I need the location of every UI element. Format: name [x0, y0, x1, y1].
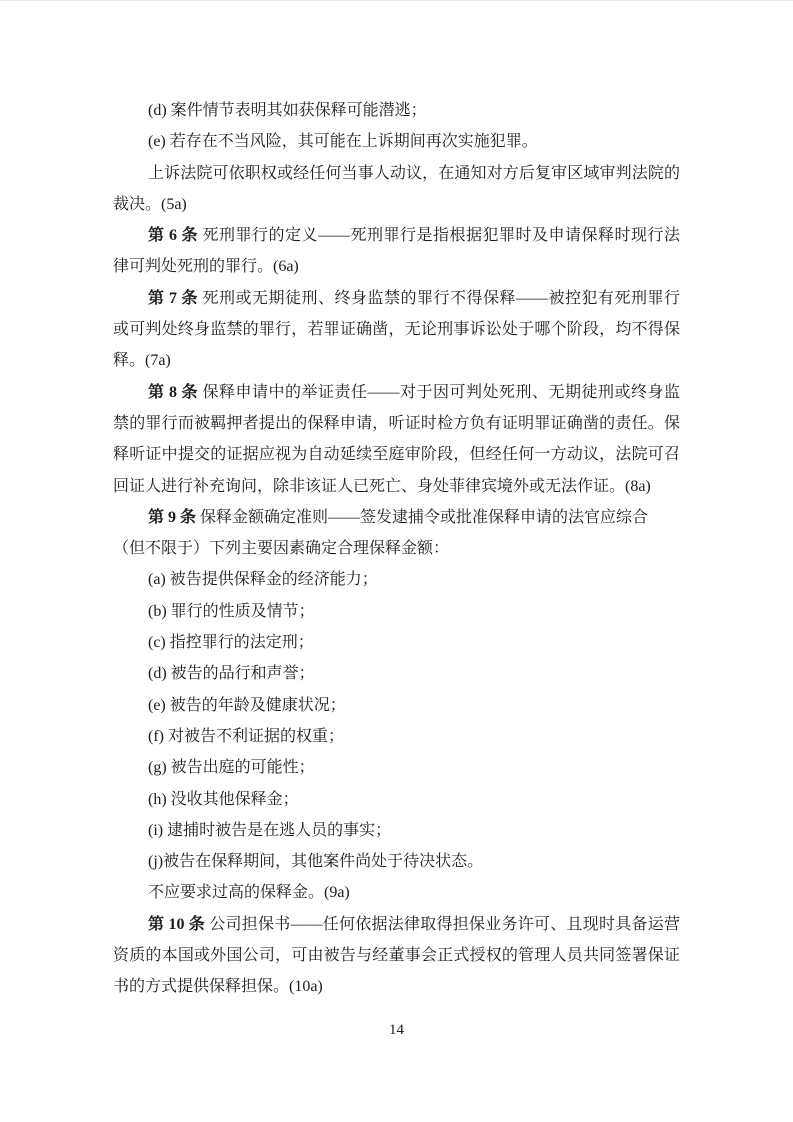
text-line: (a) 被告提供保释金的经济能力；: [113, 564, 680, 595]
text-run: （但不限于）下列主要因素确定合理保释金额：: [113, 540, 449, 557]
text-line: (g) 被告出庭的可能性；: [113, 752, 680, 783]
text-line: （但不限于）下列主要因素确定合理保释金额：: [113, 533, 680, 564]
text-line: (e) 若存在不当风险，其可能在上诉期间再次实施犯罪。: [113, 126, 680, 157]
text-line: (f) 对被告不利证据的权重；: [113, 721, 680, 752]
text-run: 资质的本国或外国公司，可由被告与经董事会正式授权的管理人员共同签署保证: [113, 947, 680, 964]
text-run: (d) 案件情节表明其如获保释可能潜逃；: [148, 102, 427, 119]
text-line: (i) 逮捕时被告是在逃人员的事实；: [113, 815, 680, 846]
text-line: 释听证中提交的证据应视为自动延续至庭审阶段，但经任何一方动议，法院可召: [113, 439, 680, 470]
text-run: 或可判处终身监禁的罪行，若罪证确凿，无论刑事诉讼处于哪个阶段，均不得保: [113, 321, 680, 338]
text-run: 释听证中提交的证据应视为自动延续至庭审阶段，但经任何一方动议，法院可召: [113, 446, 680, 463]
text-run: 回证人进行补充询问，除非该证人已死亡、身处菲律宾境外或无法作证。(8a): [113, 478, 651, 495]
text-line: 律可判处死刑的罪行。(6a): [113, 251, 680, 282]
text-line: 第 7 条 死刑或无期徒刑、终身监禁的罪行不得保释——被控犯有死刑罪行: [113, 283, 680, 314]
text-run: (h) 没收其他保释金；: [148, 791, 299, 808]
text-line: (e) 被告的年龄及健康状况；: [113, 690, 680, 721]
text-line: 资质的本国或外国公司，可由被告与经董事会正式授权的管理人员共同签署保证: [113, 940, 680, 971]
page-top-edge: [0, 0, 793, 1]
text-line: 第 10 条 公司担保书——任何依据法律取得担保业务许可、且现时具备运营: [113, 909, 680, 940]
text-line: 释。(7a): [113, 345, 680, 376]
article-heading-run: 第 6 条: [148, 227, 198, 244]
article-heading-run: 第 7 条: [148, 290, 198, 307]
text-run: (g) 被告出庭的可能性；: [148, 759, 315, 776]
text-line: (d) 被告的品行和声誉；: [113, 658, 680, 689]
text-run: (e) 被告的年龄及健康状况；: [148, 697, 346, 714]
text-run: 保释金额确定准则——签发逮捕令或批准保释申请的法官应综合: [196, 509, 648, 526]
text-run: (c) 指控罪行的法定刑；: [148, 634, 314, 651]
text-run: 死刑罪行的定义——死刑罪行是指根据犯罪时及申请保释时现行法: [198, 227, 680, 244]
text-line: (h) 没收其他保释金；: [113, 784, 680, 815]
text-run: 律可判处死刑的罪行。(6a): [113, 258, 299, 275]
text-run: (b) 罪行的性质及情节；: [148, 603, 315, 620]
text-run: (d) 被告的品行和声誉；: [148, 665, 315, 682]
text-run: 上诉法院可依职权或经任何当事人动议，在通知对方后复审区域审判法院的: [148, 165, 680, 182]
text-run: 不应要求过高的保释金。(9a): [148, 884, 350, 901]
document-body: (d) 案件情节表明其如获保释可能潜逃；(e) 若存在不当风险，其可能在上诉期间…: [113, 95, 680, 1003]
text-line: (c) 指控罪行的法定刑；: [113, 627, 680, 658]
text-run: (j)被告在保释期间，其他案件尚处于待决状态。: [148, 853, 483, 870]
article-heading-run: 第 9 条: [148, 509, 196, 526]
text-line: 裁决。(5a): [113, 189, 680, 220]
text-run: 死刑或无期徒刑、终身监禁的罪行不得保释——被控犯有死刑罪行: [198, 290, 680, 307]
article-heading-run: 第 8 条: [148, 384, 198, 401]
text-run: 书的方式提供保释担保。(10a): [113, 978, 323, 995]
article-heading-run: 第 10 条: [148, 916, 205, 933]
text-line: (d) 案件情节表明其如获保释可能潜逃；: [113, 95, 680, 126]
text-run: (a) 被告提供保释金的经济能力；: [148, 571, 378, 588]
text-line: 不应要求过高的保释金。(9a): [113, 877, 680, 908]
text-run: (e) 若存在不当风险，其可能在上诉期间再次实施犯罪。: [148, 133, 538, 150]
text-run: 释。(7a): [113, 352, 171, 369]
text-run: 公司担保书——任何依据法律取得担保业务许可、且现时具备运营: [205, 916, 680, 933]
text-run: 裁决。(5a): [113, 196, 187, 213]
text-line: (b) 罪行的性质及情节；: [113, 596, 680, 627]
text-line: 第 8 条 保释申请中的举证责任——对于因可判处死刑、无期徒刑或终身监: [113, 377, 680, 408]
page-number: 14: [0, 1022, 793, 1039]
text-line: 回证人进行补充询问，除非该证人已死亡、身处菲律宾境外或无法作证。(8a): [113, 471, 680, 502]
text-line: 第 9 条 保释金额确定准则——签发逮捕令或批准保释申请的法官应综合: [113, 502, 680, 533]
text-line: 第 6 条 死刑罪行的定义——死刑罪行是指根据犯罪时及申请保释时现行法: [113, 220, 680, 251]
text-line: 上诉法院可依职权或经任何当事人动议，在通知对方后复审区域审判法院的: [113, 158, 680, 189]
text-run: 保释申请中的举证责任——对于因可判处死刑、无期徒刑或终身监: [198, 384, 680, 401]
text-line: 禁的罪行而被羁押者提出的保释申请，听证时检方负有证明罪证确凿的责任。保: [113, 408, 680, 439]
document-page: (d) 案件情节表明其如获保释可能潜逃；(e) 若存在不当风险，其可能在上诉期间…: [0, 0, 793, 1122]
text-line: 或可判处终身监禁的罪行，若罪证确凿，无论刑事诉讼处于哪个阶段，均不得保: [113, 314, 680, 345]
text-line: (j)被告在保释期间，其他案件尚处于待决状态。: [113, 846, 680, 877]
text-line: 书的方式提供保释担保。(10a): [113, 971, 680, 1002]
text-run: (f) 对被告不利证据的权重；: [148, 728, 344, 745]
text-run: 禁的罪行而被羁押者提出的保释申请，听证时检方负有证明罪证确凿的责任。保: [113, 415, 680, 432]
text-run: (i) 逮捕时被告是在逃人员的事实；: [148, 822, 391, 839]
